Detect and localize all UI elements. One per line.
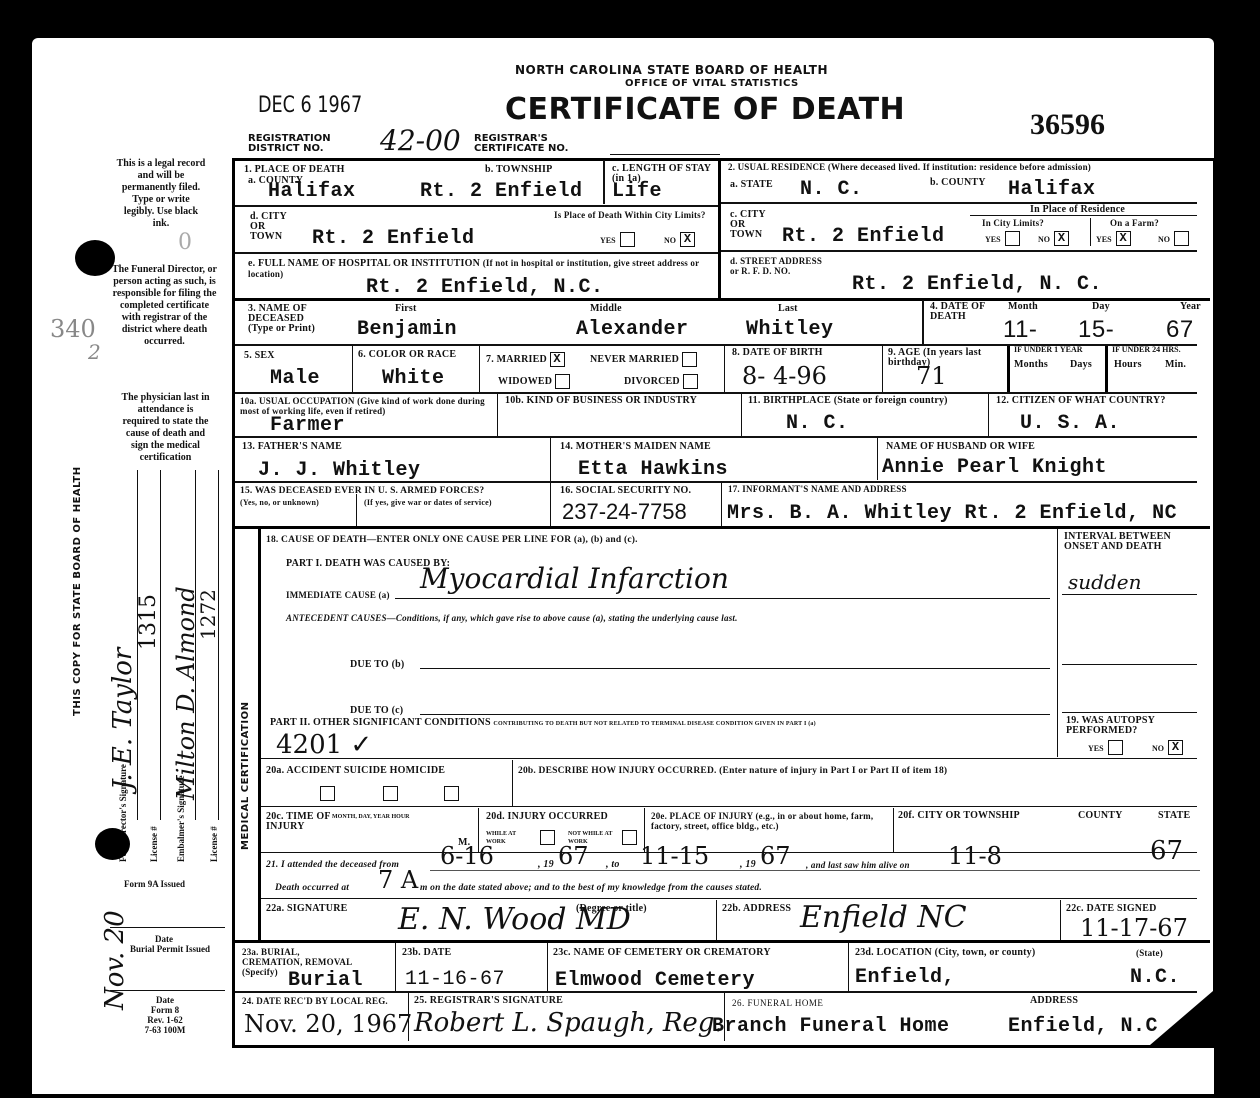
occupation-label: 10a. USUAL OCCUPATION (Give kind of work… [240,396,490,416]
armed-forces-label: 15. WAS DECEASED EVER IN U. S. ARMED FOR… [240,486,484,496]
registrar-signature: Robert L. Spaugh, Reg. [414,1008,723,1038]
interval-label: INTERVAL BETWEEN ONSET AND DEATH [1064,532,1204,552]
informant: Mrs. B. A. Whitley Rt. 2 Enfield, NC [727,502,1177,525]
dod-day: 15- [1078,316,1114,344]
place-of-death-label: 1. PLACE OF DEATH [244,165,345,175]
agency-line-2: OFFICE OF VITAL STATISTICS [625,78,799,89]
accident-checkbox[interactable] [320,784,335,802]
page-title: CERTIFICATE OF DEATH [505,92,905,127]
widowed-option[interactable]: WIDOWED [498,374,570,389]
autopsy-label: 19. WAS AUTOPSY PERFORMED? [1066,716,1186,736]
spouse-label: NAME OF HUSBAND OR WIFE [886,442,1035,452]
first-name: Benjamin [357,318,457,341]
funeral-home-label: 26. FUNERAL HOME [732,998,823,1008]
license2-label: License # [208,826,220,862]
suicide-checkbox[interactable] [383,784,398,802]
hours-label: Hours [1114,360,1142,370]
not-while-at-work-checkbox[interactable] [622,828,637,846]
res-county: Halifax [1008,178,1096,201]
burial-type: Burial [288,969,363,992]
age: 71 [916,362,947,390]
embalmer-license: 1272 [196,589,220,640]
middle-name: Alexander [576,318,689,341]
date-received: Nov. 20, 1967 [244,1010,412,1038]
under-24-hrs-label: IF UNDER 24 HRS. [1112,346,1181,354]
handwritten-date-margin: Nov. 20 [100,910,130,1010]
physician-signature: E. N. Wood MD [398,902,631,937]
death-township: Rt. 2 Enfield [420,180,583,203]
city-limits-label: Is Place of Death Within City Limits? [554,210,714,220]
res-farm-label: On a Farm? [1110,218,1159,228]
first-label: First [395,304,417,314]
cause-header: 18. CAUSE OF DEATH—ENTER ONLY ONE CAUSE … [266,535,638,545]
homicide-checkbox[interactable] [444,784,459,802]
cemetery-name: Elmwood Cemetery [555,969,755,992]
autopsy-yes[interactable]: YES [1088,738,1123,756]
business-label: 10b. KIND OF BUSINESS OR INDUSTRY [505,396,697,406]
time-sub-label: MONTH, DAY, YEAR HOUR [332,813,410,821]
sidebar-note-legal: This is a legal record and will be perma… [116,158,206,230]
mother-name: Etta Hawkins [578,458,728,481]
residence-label: 2. USUAL RESIDENCE (Where deceased lived… [728,162,1091,172]
death-city-limits-yes[interactable]: YES [600,230,635,248]
antecedent-label: ANTECEDENT CAUSES—Conditions, if any, wh… [286,613,738,623]
ssn-label: 16. SOCIAL SECURITY NO. [560,486,691,496]
min-label: Min. [1165,360,1186,370]
race: White [382,367,445,390]
sex-label: 5. SEX [244,351,275,361]
funeral-address: Enfield, N.C [1008,1015,1158,1038]
agency-line-1: NORTH CAROLINA STATE BOARD OF HEALTH [515,63,828,77]
res-state-label: a. STATE [730,180,773,190]
death-occurred-text-1: Death occurred at [275,883,349,893]
father-label: 13. FATHER'S NAME [242,442,342,452]
attended-to: 11-15 [640,842,709,870]
part2-value: 4201 ✓ [276,730,372,760]
res-city-limits-label: In City Limits? [982,218,1044,228]
race-label: 6. COLOR OR RACE [358,350,456,360]
res-city-limits-yes[interactable]: YES [985,229,1020,247]
registration-district-value: 42-00 [380,124,461,157]
ssn: 237-24-7758 [562,499,687,525]
sidebar-note-physician: The physician last in attendance is requ… [118,392,213,464]
death-city: Rt. 2 Enfield [312,227,475,250]
res-county-label: b. COUNTY [930,178,986,188]
date-signed: 11-17-67 [1080,914,1188,942]
funeral-address-label: ADDRESS [1030,996,1078,1006]
city-township-label: 20f. CITY OR TOWNSHIP [898,811,1020,821]
township-label: b. TOWNSHIP [485,165,552,175]
last-seen-year: 67 [1150,836,1183,866]
place-of-injury-label: 20e. PLACE OF INJURY (e.g., in or about … [651,811,881,831]
registrar-signature-label: 25. REGISTRAR'S SIGNATURE [414,996,563,1006]
autopsy-no[interactable]: NO X [1152,738,1183,756]
describe-injury-label: 20b. DESCRIBE HOW INJURY OCCURRED. (Ente… [518,766,947,776]
injury-state-label: STATE [1158,811,1190,821]
res-farm-no[interactable]: NO [1158,229,1189,247]
year-label: Year [1180,302,1201,312]
middle-label: Middle [590,304,622,314]
in-place-of-residence-label: In Place of Residence [1030,205,1125,215]
while-at-work-checkbox[interactable] [540,828,555,846]
armed-forces-sub1: (Yes, no, or unknown) [240,498,319,508]
never-married-option[interactable]: NEVER MARRIED [590,352,697,367]
funeral-home: Branch Funeral Home [712,1015,950,1038]
death-hospital: Rt. 2 Enfield, N.C. [366,276,604,299]
married-option[interactable]: 7. MARRIED X [486,352,565,367]
attended-to-year: 67 [760,842,791,870]
vertical-copy-title: THIS COPY FOR STATE BOARD OF HEALTH [72,466,83,716]
registration-district-label: REGISTRATION DISTRICT NO. [248,134,368,154]
father-name: J. J. Whitley [258,459,421,482]
cemetery-label: 23c. NAME OF CEMETERY OR CREMATORY [553,948,771,958]
handwritten-margin-number: 340 [50,315,96,343]
days-label: Days [1070,360,1092,370]
length-of-stay: Life [612,180,662,203]
due-to-b-label: DUE TO (b) [350,660,404,670]
registrar-cert-label: REGISTRAR'S CERTIFICATE NO. [474,134,614,154]
city-label: d. CITY OR TOWN [250,212,290,242]
res-city-label: c. CITY OR TOWN [730,210,770,240]
attended-text-3: , to [606,860,620,870]
immediate-cause: Myocardial Infarction [420,562,729,595]
handwritten-zero: 0 [178,230,192,255]
under-1-year-label: IF UNDER 1 YEAR [1014,346,1083,354]
certificate-number: 36596 [1030,108,1105,142]
punch-hole-2 [95,828,130,860]
medical-certification-label: MEDICAL CERTIFICATION [240,702,251,850]
day-label: Day [1092,302,1110,312]
attended-text-2: , 19 [538,860,554,870]
physician-address: Enfield NC [800,900,967,935]
sidebar-note-funeral: The Funeral Director, or person acting a… [112,264,217,348]
dob: 8- 4-96 [742,362,827,390]
interval: sudden [1068,570,1141,594]
license-label: License # [148,826,160,862]
dod-month: 11- [1003,316,1037,344]
signature-label: 22a. SIGNATURE [266,904,348,914]
burial-location: Enfield, [855,966,955,989]
birthplace: N. C. [786,412,849,435]
burial-date: 11-16-67 [405,968,505,991]
date-signed-label: 22c. DATE SIGNED [1066,904,1157,914]
injury-county-label: COUNTY [1078,811,1123,821]
death-occurred-text-2: m on the date stated above; and to the b… [420,883,762,893]
dod-year: 67 [1166,316,1194,344]
armed-forces-sub2: (If yes, give war or dates of service) [364,498,492,508]
last-seen-date: 11-8 [948,842,1002,870]
form-9a-issued: Form 9A Issued [124,878,185,890]
spouse-name: Annie Pearl Knight [882,456,1107,479]
attended-from-year: 67 [558,842,589,870]
handwritten-margin-2: 2 [88,340,101,364]
torn-corner [1150,985,1220,1045]
part2-label: PART II. OTHER SIGNIFICANT CONDITIONS CO… [270,718,816,729]
burial-location-label: 23d. LOCATION (City, town, or county) [855,948,1035,958]
res-street-label: d. STREET ADDRESS or R. F. D. NO. [730,256,830,276]
death-city-limits-no[interactable]: NO X [664,230,695,248]
dod-label: 4. DATE OF DEATH [930,302,990,322]
embalmer-label: Embalmer's Signature [176,775,186,862]
attended-from: 6-16 [440,842,494,870]
occupation: Farmer [270,414,345,437]
citizen: U. S. A. [1020,412,1120,435]
res-farm-yes[interactable]: YES X [1096,229,1131,247]
last-label: Last [778,304,798,314]
mother-label: 14. MOTHER'S MAIDEN NAME [560,442,711,452]
death-county: Halifax [268,180,356,203]
due-to-c-label: DUE TO (c) [350,706,403,716]
deceased-name-label: 3. NAME OF DECEASED (Type or Print) [248,304,318,334]
month-label: Month [1008,302,1038,312]
punch-hole [75,240,115,276]
res-city-limits-no[interactable]: NO X [1038,229,1069,247]
burial-state-label: (State) [1136,948,1163,958]
divorced-option[interactable]: DIVORCED [624,374,698,389]
res-state: N. C. [800,178,863,201]
burial-date-label: 23b. DATE [402,948,451,958]
immediate-cause-label: IMMEDIATE CAUSE (a) [286,590,390,600]
sex: Male [270,367,320,390]
citizen-label: 12. CITIZEN OF WHAT COUNTRY? [996,396,1166,406]
funeral-director-license: 1315 [136,594,161,650]
address-label: 22b. ADDRESS [722,904,791,914]
months-label: Months [1014,360,1048,370]
dob-label: 8. DATE OF BIRTH [732,348,823,358]
res-street: Rt. 2 Enfield, N. C. [852,273,1102,296]
injury-occurred-label: 20d. INJURY OCCURRED [486,812,608,822]
res-city: Rt. 2 Enfield [782,225,945,248]
last-name: Whitley [746,318,834,341]
informant-label: 17. INFORMANT'S NAME AND ADDRESS [728,484,907,494]
accident-label: 20a. ACCIDENT SUICIDE HOMICIDE [266,766,445,776]
form-info: Date Form 8 Rev. 1-62 7-63 100M [140,995,190,1035]
attended-text-4: , 19 [740,860,756,870]
date-received-label: 24. DATE REC'D BY LOCAL REG. [242,996,388,1006]
death-time: 7 A [378,866,418,894]
attended-text-5: , and last saw him alive on [806,860,910,870]
birthplace-label: 11. BIRTHPLACE (State or foreign country… [748,396,948,406]
stamp-date: DEC 6 1967 [258,93,362,118]
